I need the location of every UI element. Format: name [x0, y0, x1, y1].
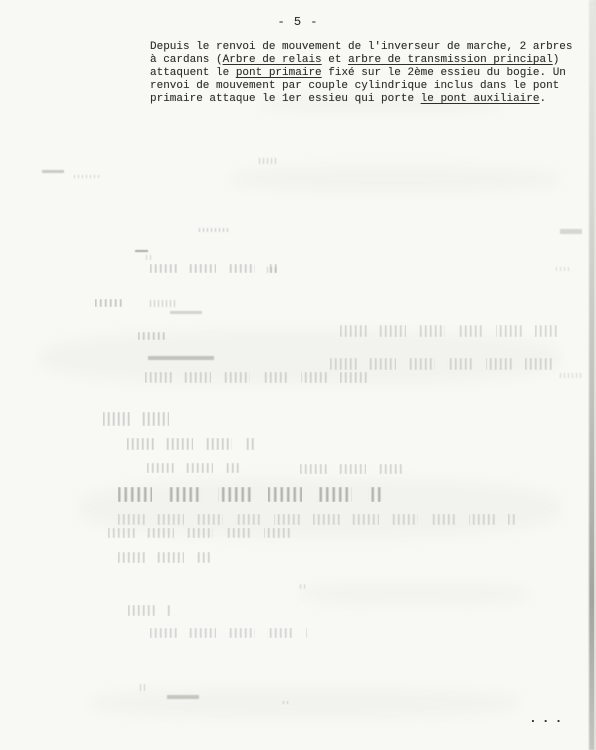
paragraph-line-3: attaquent le pont primaire fixé sur le 2… — [150, 67, 586, 80]
illegible-faded-text — [560, 229, 582, 234]
illegible-faded-text — [145, 372, 373, 383]
underlined-term: pont primaire — [236, 67, 322, 79]
page-edge-shadow — [589, 0, 595, 750]
paragraph-line-4: renvoi de mouvement par couple cylindriq… — [150, 80, 586, 93]
illegible-faded-text — [42, 170, 64, 173]
illegible-faded-text — [283, 701, 289, 704]
text-segment: et — [322, 54, 348, 66]
illegible-faded-text — [170, 311, 202, 314]
illegible-faded-text — [330, 358, 553, 370]
body-paragraph: Depuis le renvoi de mouvement de l'inver… — [150, 41, 586, 106]
illegible-faded-text — [74, 175, 100, 178]
paragraph-line-5: primaire attaque le 1er essieu qui porte… — [150, 93, 586, 106]
illegible-faded-text — [148, 356, 214, 360]
illegible-faded-text — [300, 584, 308, 589]
illegible-faded-text — [259, 158, 279, 164]
illegible-faded-text — [556, 267, 571, 271]
illegible-faded-text — [267, 267, 279, 273]
illegible-faded-text — [108, 528, 293, 538]
text-segment: fixé sur le 2ème essieu du bogie. Un — [322, 67, 566, 79]
illegible-faded-text — [560, 373, 582, 378]
text-segment: . — [539, 93, 546, 105]
scan-exposure-blob — [80, 478, 560, 538]
paragraph-line-2: à cardans (Arbre de relais et arbre de t… — [150, 54, 586, 67]
illegible-faded-text — [150, 300, 178, 307]
illegible-faded-text — [340, 325, 560, 337]
illegible-faded-text — [150, 628, 310, 638]
illegible-faded-text — [147, 463, 242, 473]
illegible-faded-text — [118, 552, 213, 563]
illegible-faded-text — [167, 695, 199, 699]
illegible-faded-text — [103, 412, 171, 426]
paragraph-line-1: Depuis le renvoi de mouvement de l'inver… — [150, 41, 586, 54]
page-number: - 5 - — [258, 15, 338, 29]
illegible-faded-text — [118, 487, 383, 502]
underlined-term: Arbre de relais — [223, 54, 322, 66]
underlined-term: le pont auxiliaire — [421, 93, 540, 105]
text-segment: primaire attaque le 1er essieu qui porte — [150, 93, 421, 105]
scan-exposure-blob — [40, 330, 560, 385]
illegible-faded-text — [135, 250, 148, 252]
scan-exposure-blob — [300, 583, 530, 605]
scan-exposure-blob — [90, 688, 520, 718]
illegible-faded-text — [118, 514, 518, 525]
illegible-faded-text — [199, 228, 231, 232]
illegible-faded-text — [146, 255, 154, 260]
text-segment: renvoi de mouvement par couple cylindriq… — [150, 80, 559, 92]
illegible-faded-text — [150, 264, 278, 273]
illegible-faded-text — [127, 438, 255, 450]
illegible-faded-text — [300, 464, 405, 474]
illegible-faded-text — [138, 332, 178, 340]
illegible-faded-text — [140, 684, 145, 691]
scanned-document-page: - 5 - Depuis le renvoi de mouvement de l… — [0, 0, 596, 750]
illegible-faded-text — [128, 605, 173, 616]
illegible-faded-text — [95, 299, 131, 307]
underlined-term: arbre de transmission principal — [348, 54, 553, 66]
footer-ellipsis: ... — [529, 711, 567, 726]
text-segment: à cardans ( — [150, 54, 223, 66]
text-segment: ) — [553, 54, 560, 66]
text-segment: attaquent le — [150, 67, 236, 79]
text-segment: Depuis le renvoi de mouvement de l'inver… — [150, 41, 572, 53]
scan-exposure-blob — [230, 166, 560, 192]
